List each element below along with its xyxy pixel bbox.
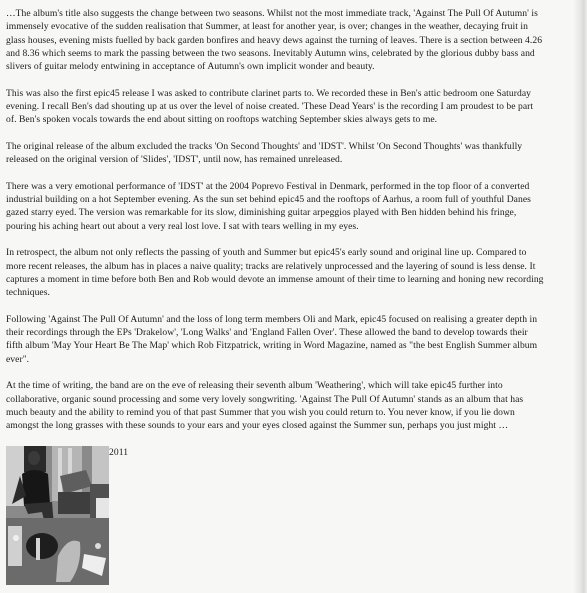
paragraph-7: At the time of writing, the band are on … (6, 379, 546, 432)
photo-image (6, 446, 109, 585)
paragraph-5: In retrospect, the album not only reflec… (6, 246, 546, 299)
paragraph-3: The original release of the album exclud… (6, 140, 546, 167)
page-edge-shadow (573, 0, 587, 593)
liner-notes-page: …The album's title also suggests the cha… (0, 0, 587, 593)
liner-notes-text: …The album's title also suggests the cha… (6, 7, 546, 472)
paragraph-6: Following 'Against The Pull Of Autumn' a… (6, 313, 546, 366)
paragraph-4: There was a very emotional performance o… (6, 180, 546, 233)
band-photo (6, 446, 109, 585)
paragraph-2: This was also the first epic45 release I… (6, 87, 546, 127)
paragraph-1: …The album's title also suggests the cha… (6, 7, 546, 73)
